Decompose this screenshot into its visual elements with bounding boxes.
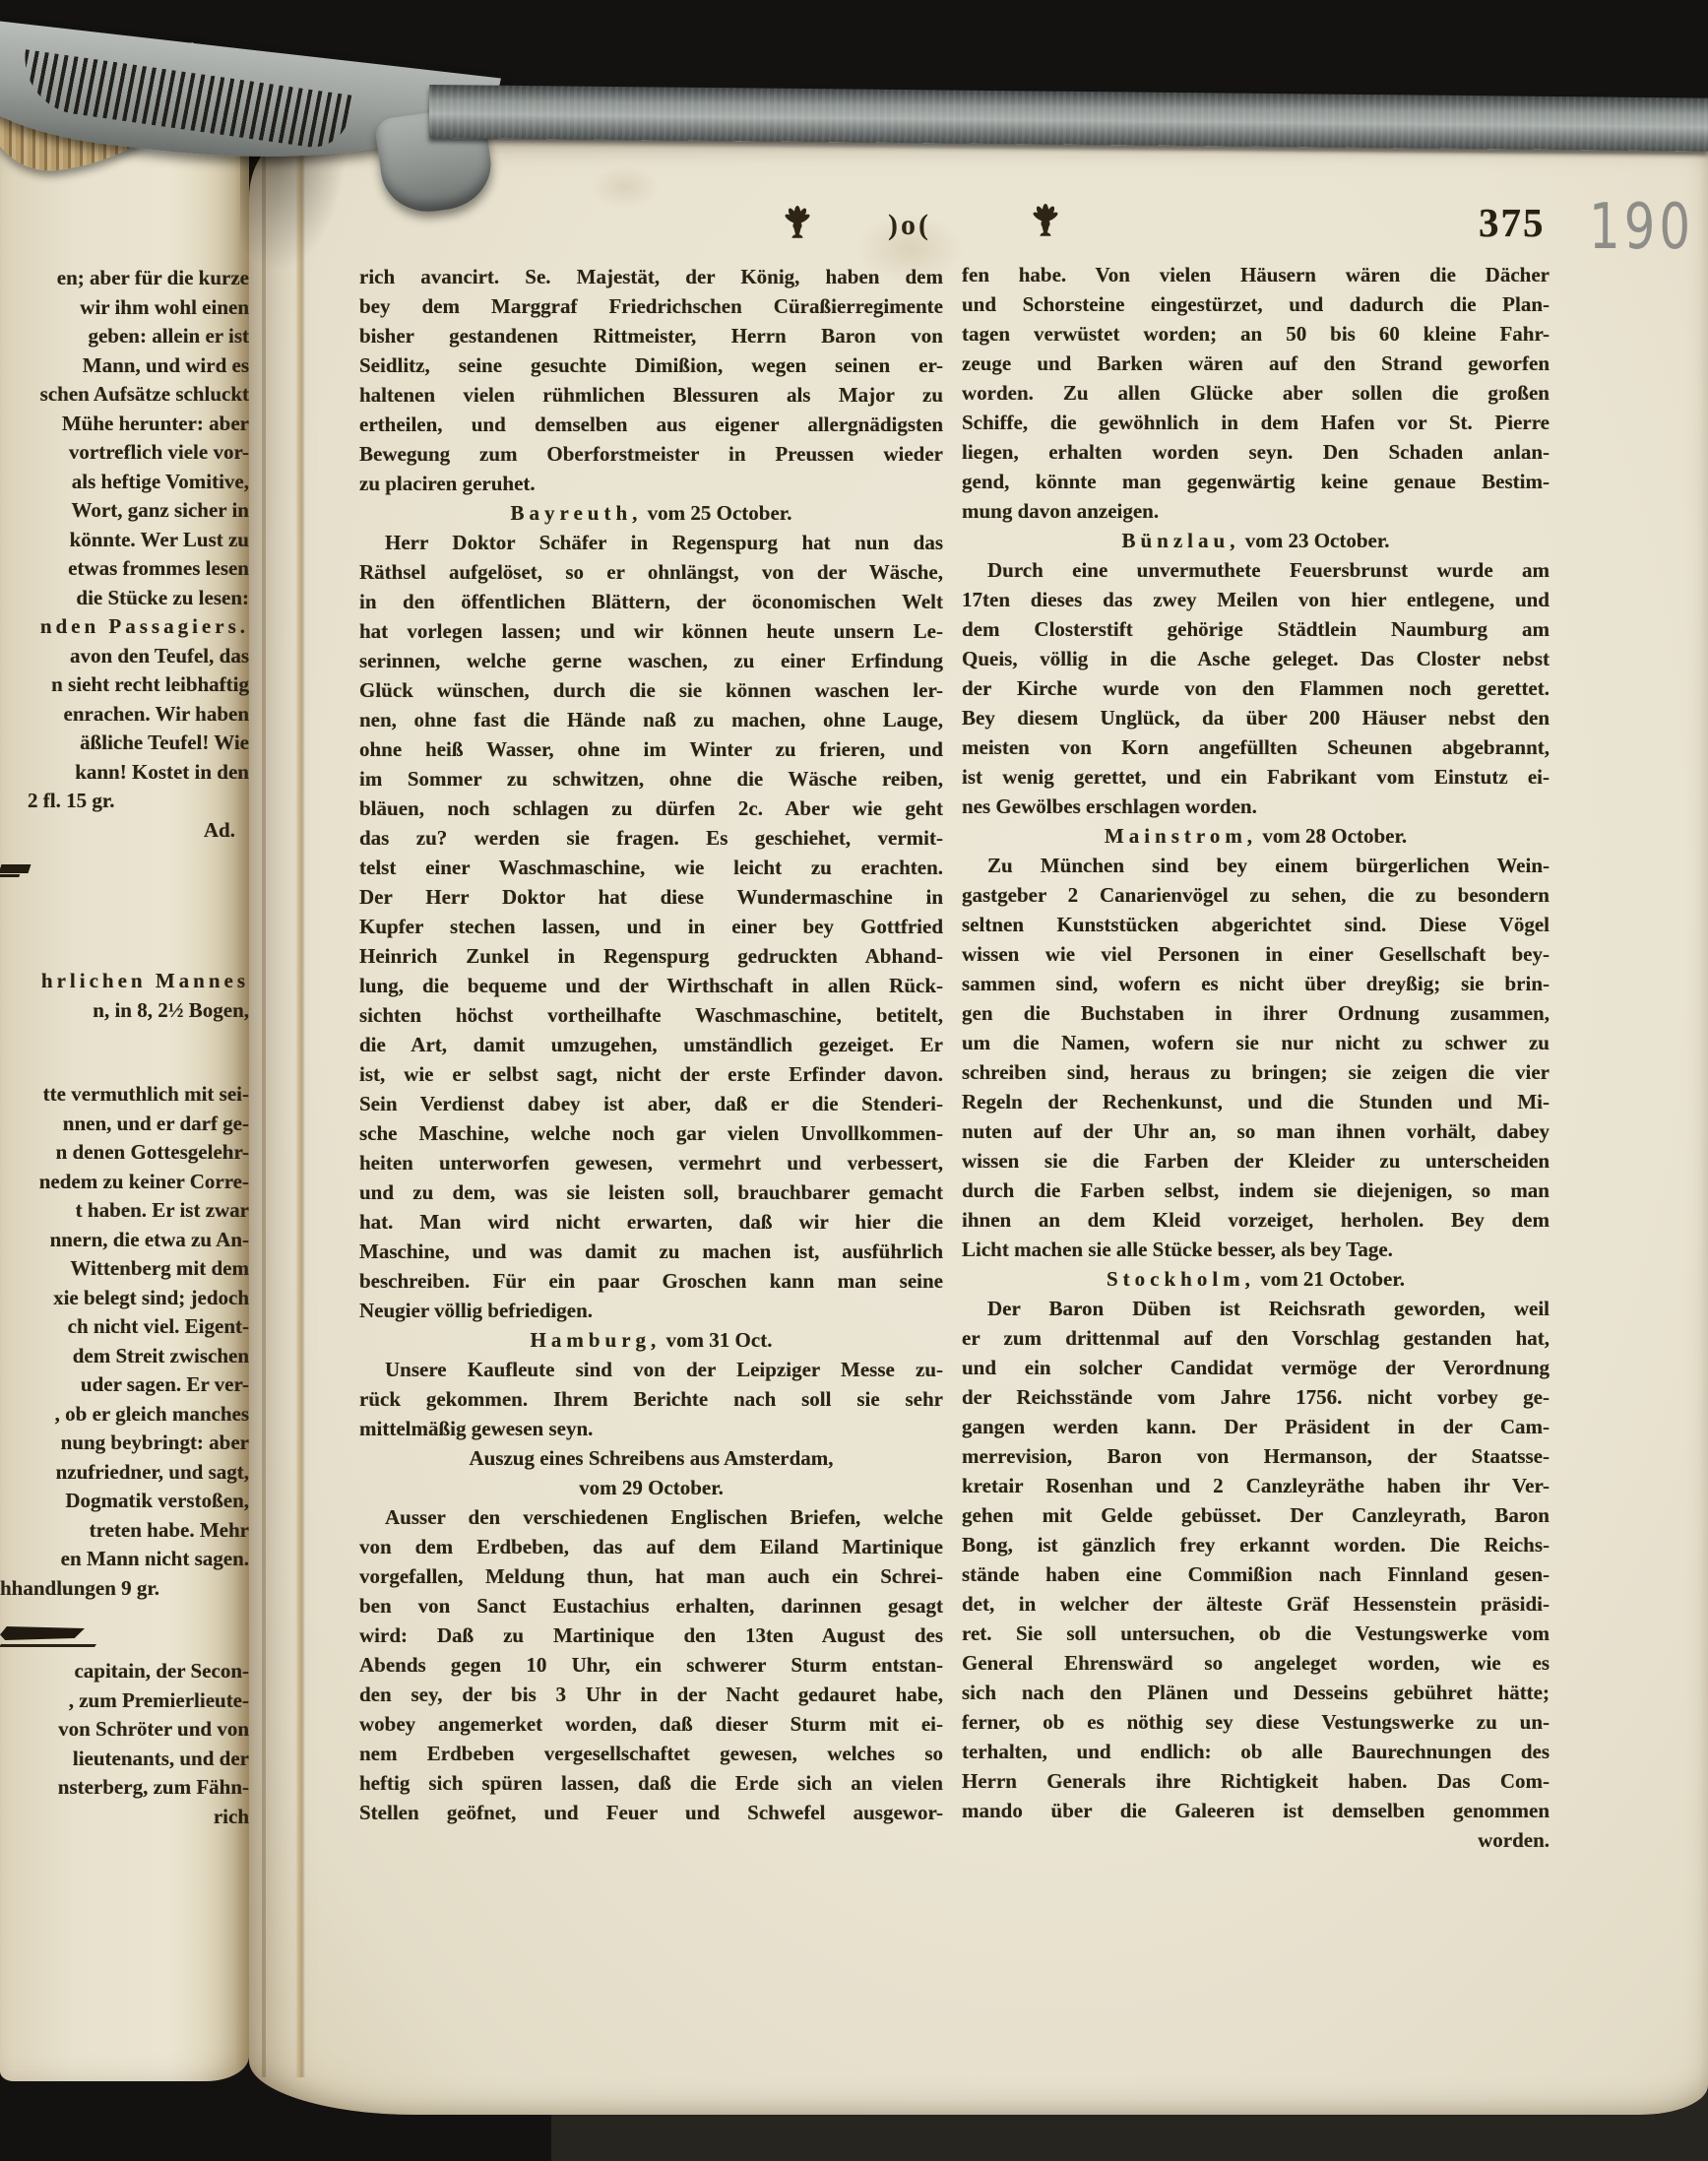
text-line: lieutenants, und der <box>0 1745 249 1774</box>
text-line: dem Streit zwischen <box>0 1342 249 1371</box>
text-line: , zum Premierlieute- <box>0 1686 249 1716</box>
text-line: , ob er gleich manches <box>0 1400 249 1430</box>
text-line: Wort, ganz sicher in <box>0 496 249 526</box>
text-line: en; aber für die kurze <box>0 264 249 293</box>
text-line: rich <box>0 1803 249 1832</box>
text-line: en Mann nicht sagen. <box>0 1545 249 1574</box>
verso-text-column: en; aber für die kurzewir ihm wohl einen… <box>0 264 249 1831</box>
text-line: nsterberg, zum Fähn- <box>0 1773 249 1803</box>
text-line: nung beybringt: aber <box>0 1429 249 1458</box>
text-line: Mühe herunter: aber <box>0 410 249 439</box>
text-line: hrlichen Mannes <box>0 967 249 996</box>
text-line: capitain, der Secon- <box>0 1657 249 1686</box>
text-line: 2 fl. 15 gr. <box>0 787 249 816</box>
text-line: treten habe. Mehr <box>0 1516 249 1546</box>
stamp-number: 190 <box>1589 191 1694 264</box>
text-line: uder sagen. Er ver- <box>0 1370 249 1400</box>
text-line: Wittenberg mit dem <box>0 1254 249 1284</box>
text-line: tte vermuthlich mit sei- <box>0 1080 249 1110</box>
gutter-line <box>262 148 266 2077</box>
text-line: schen Aufsätze schluckt <box>0 380 249 410</box>
page-fold-shadow <box>295 148 305 2077</box>
text-line: nnen, und er darf ge- <box>0 1110 249 1139</box>
text-line: t haben. Er ist zwar <box>0 1196 249 1226</box>
text-line: n denen Gottesgelehr- <box>0 1138 249 1168</box>
text-line: n, in 8, 2½ Bogen, <box>0 996 249 1026</box>
text-line: Ad. <box>0 816 249 846</box>
header-separator-mark: )o( <box>888 209 931 242</box>
text-line: etwas frommes lesen <box>0 554 249 584</box>
text-line: hhandlungen 9 gr. <box>0 1574 249 1604</box>
text-line: von Schröter und von <box>0 1715 249 1745</box>
text-line: äßliche Teufel! Wie <box>0 729 249 758</box>
text-line: Mann, und wird es <box>0 351 249 381</box>
text-line: kann! Kostet in den <box>0 758 249 788</box>
text-line: wir ihm wohl einen <box>0 293 249 323</box>
text-line: nden Passagiers. <box>0 612 249 642</box>
shell-ornament-icon <box>776 203 819 244</box>
separator-rule <box>0 1624 249 1650</box>
text-line: nedem zu keiner Corre- <box>0 1168 249 1197</box>
text-line: avon den Teufel, das <box>0 642 249 671</box>
text-line: die Stücke zu lesen: <box>0 584 249 613</box>
paper-stain <box>591 165 660 209</box>
text-line: könnte. Wer Lust zu <box>0 526 249 555</box>
page-number: 375 <box>1479 199 1546 246</box>
book-scan-page: en; aber für die kurzewir ihm wohl einen… <box>0 0 1708 2161</box>
shell-ornament-icon <box>1024 201 1067 242</box>
text-line: geben: allein er ist <box>0 322 249 351</box>
text-line: nzufriedner, und sagt, <box>0 1458 249 1488</box>
text-line: enrachen. Wir haben <box>0 700 249 730</box>
text-line: xie belegt sind; jedoch <box>0 1284 249 1313</box>
left-page-partial: en; aber für die kurzewir ihm wohl einen… <box>0 93 249 2081</box>
text-line: nnern, die etwa zu An- <box>0 1226 249 1255</box>
separator-rule <box>0 864 249 878</box>
text-line: als heftige Vomitive, <box>0 468 249 497</box>
paper-stain <box>1398 1063 1536 1152</box>
text-line: ch nicht viel. Eigent- <box>0 1312 249 1342</box>
text-line: Dogmatik verstoßen, <box>0 1487 249 1516</box>
text-line: n sieht recht leibhaftig <box>0 670 249 700</box>
text-line: vortreflich viele vor- <box>0 438 249 468</box>
